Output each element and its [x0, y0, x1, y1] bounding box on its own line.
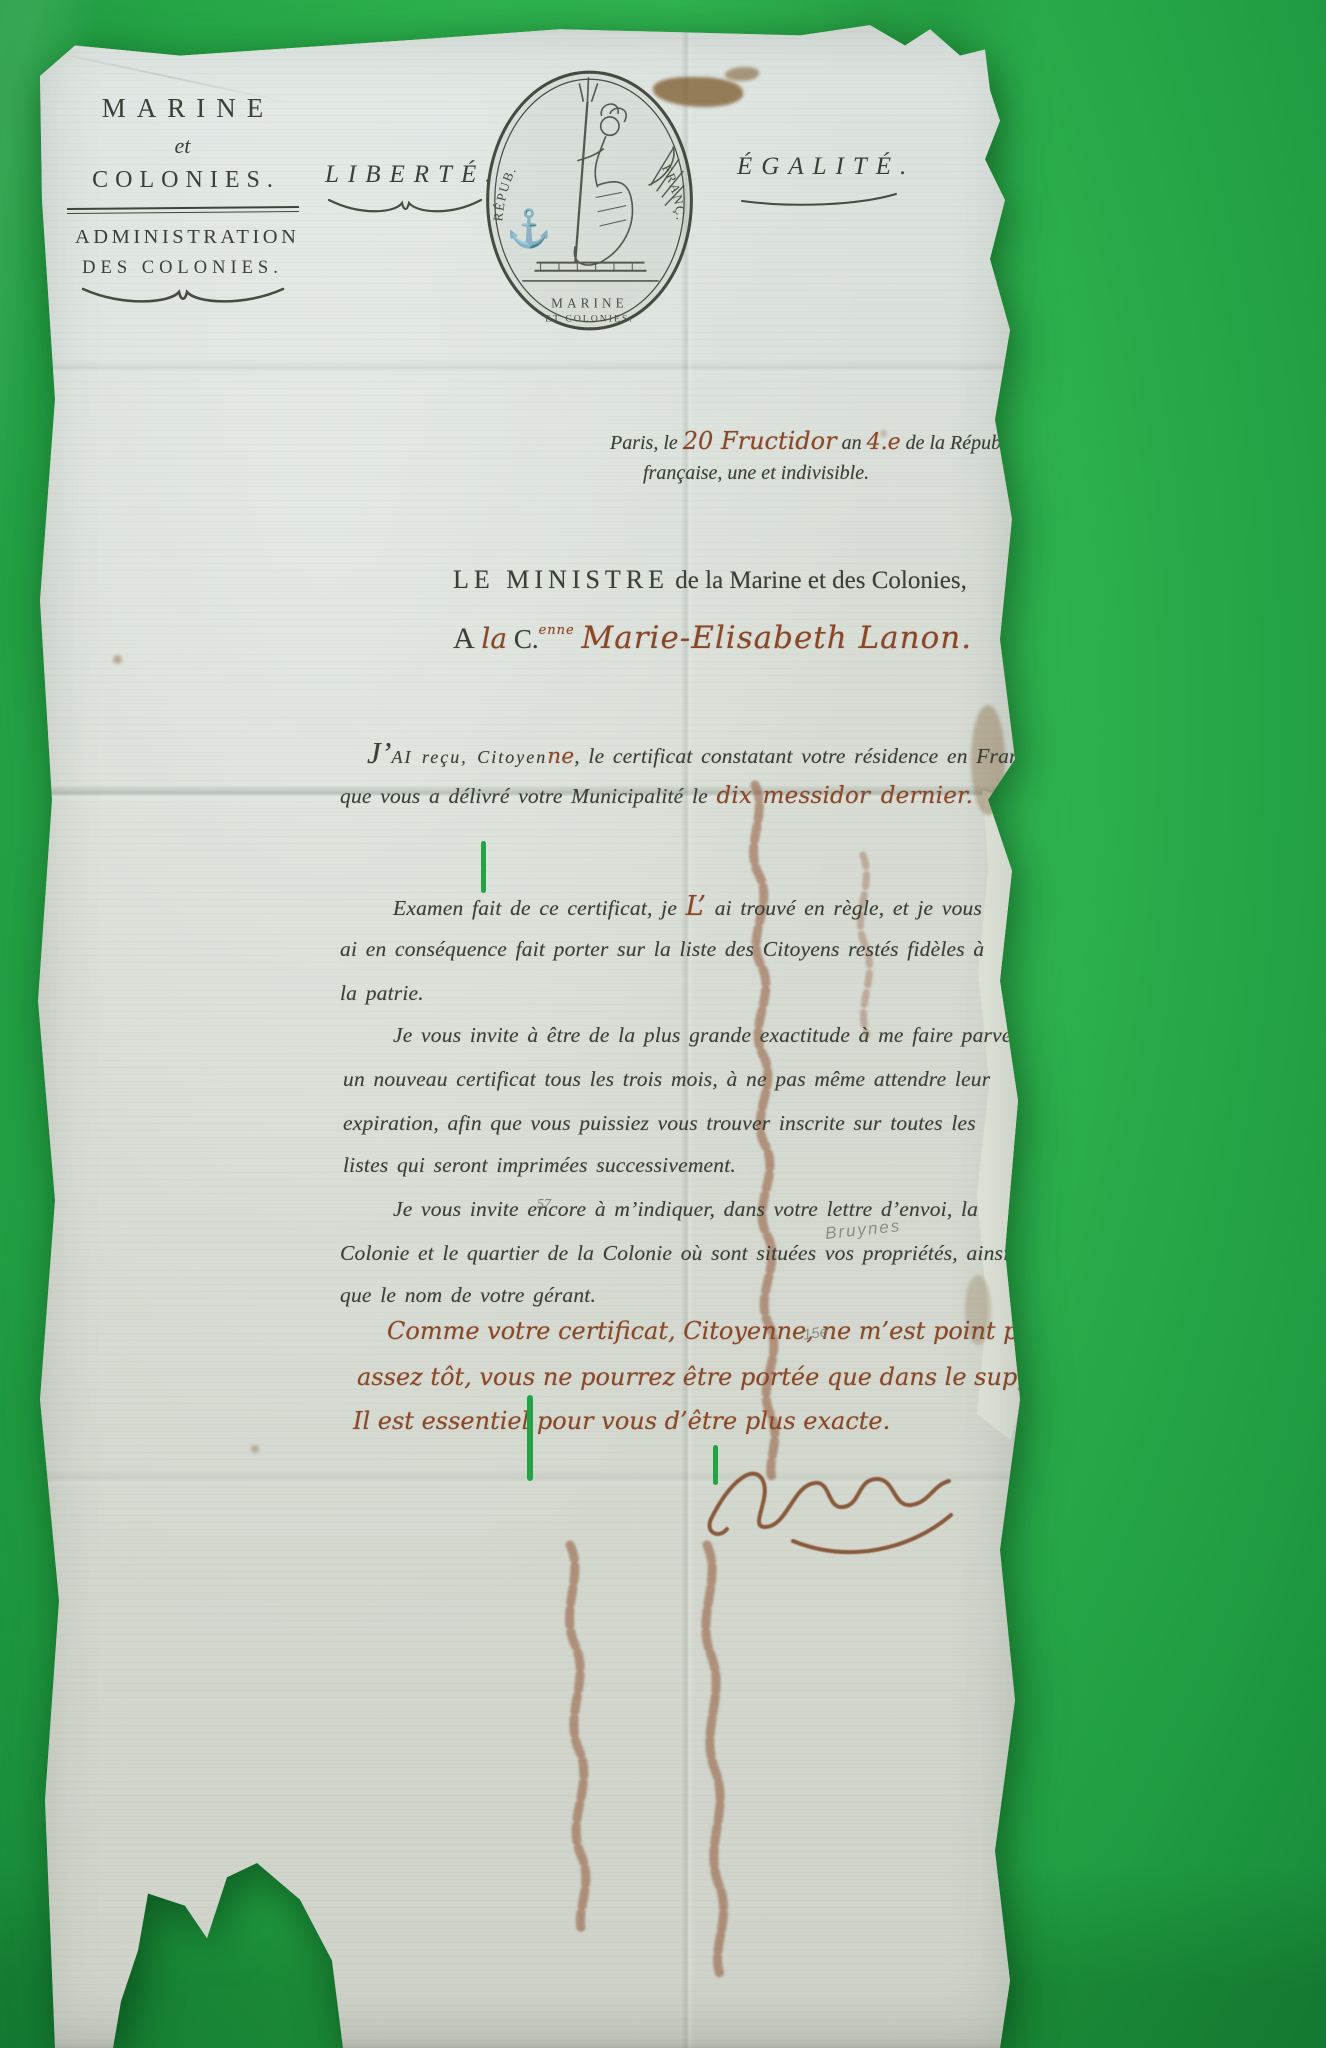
paper-edge-shading: [25, 15, 1025, 2048]
letter-paper: MARINE et COLONIES. ADMINISTRATION DES C…: [25, 15, 1025, 2048]
photo-of-document: MARINE et COLONIES. ADMINISTRATION DES C…: [0, 0, 1326, 2048]
paper-wrap: MARINE et COLONIES. ADMINISTRATION DES C…: [0, 0, 1326, 2048]
